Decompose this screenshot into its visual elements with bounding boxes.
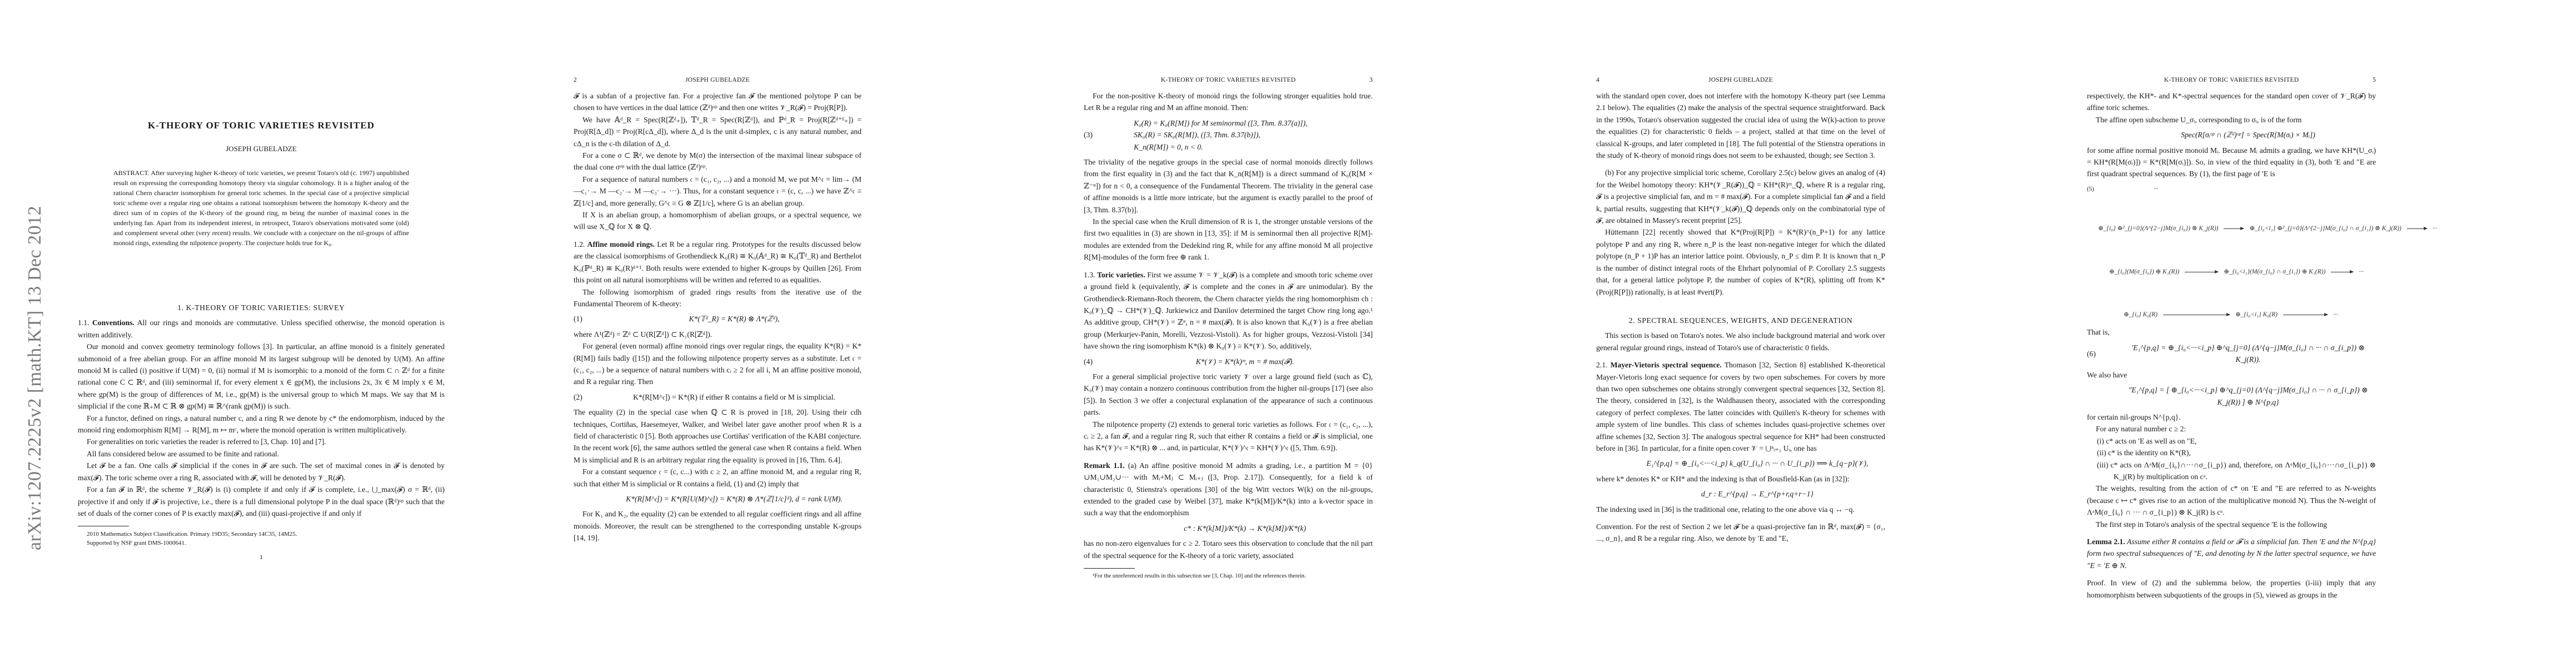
equation-expression: ′E₁^{p,q} = ⊕_{i₀<···<i_p} ⊕^q_{j=0} (Λ^…: [2120, 342, 2376, 366]
equation-expression: K*(𝒱) = K*(k)ᵐ, m = # max(𝓕).: [1117, 356, 1373, 367]
paper-page-2: 2 JOSEPH GUBELADZE 𝓕 is a subfan of a pr…: [574, 0, 861, 667]
arxiv-identifier-stamp: arXiv:1207.2225v2 [math.KT] 13 Dec 2012: [3, 50, 26, 550]
diagram-node: ⊕_{i₀} ⊕²_{j=0}(Λ^{2−j}M(σ_{i₀}) ⊗ K_j(R…: [2098, 223, 2218, 235]
arrow-right-icon: [2224, 228, 2244, 229]
equation-line: K_n(R[M]) = 0, n < 0.: [1134, 141, 1373, 153]
footnote-msc: 2010 Mathematics Subject Classification.…: [78, 530, 445, 539]
page-2-body: 𝓕 is a subfan of a projective fan. For a…: [574, 90, 861, 544]
paragraph: For the non-positive K-theory of monoid …: [1084, 90, 1373, 114]
paragraph: That is,: [2087, 326, 2376, 338]
arrow-right-icon: [2331, 272, 2353, 272]
lemma: Lemma 2.1. Assume either R contains a fi…: [2087, 536, 2376, 571]
paragraph: has no non-zero eigenvalues for c ≥ 2. T…: [1084, 537, 1373, 561]
subsection-number: 1.2.: [574, 240, 587, 248]
paper-page-1: K-THEORY OF TORIC VARIETIES REVISITED JO…: [78, 0, 445, 667]
equation-expression: E₁^{p,q} = ⊕_{i₀<···<i_p} k_q(U_{i₀} ∩ ·…: [1630, 457, 1885, 469]
running-author: JOSEPH GUBELADZE: [1596, 77, 1885, 83]
list-item: (ii) c* is the identity on K*(R),: [2087, 447, 2376, 459]
paragraph: For a constant sequence 𝔠 = (c, c...) wi…: [574, 466, 861, 490]
equation-number: (1): [574, 313, 607, 325]
diagram-node: ⊕_{i₀} K₀(R): [2124, 309, 2158, 321]
diagram-row-0: ⊕_{i₀} K₀(R) ⊕_{i₀<i₁} K₀(R) ···: [2098, 309, 2376, 321]
paragraph: The triviality of the negative groups in…: [1084, 156, 1373, 216]
paragraph: All fans considered below are assumed to…: [78, 448, 445, 460]
page-4-body: with the standard open cover, does not i…: [1596, 90, 1885, 545]
paragraph: where Λ¹(ℤᵈ) = ℤᵈ ⊂ U(R[ℤᵈ]) ⊂ K₁(R[ℤᵈ])…: [574, 328, 861, 340]
paragraph: This section is based on Totaro's notes.…: [1596, 330, 1885, 354]
paragraph: 𝓕 is a subfan of a projective fan. For a…: [574, 90, 861, 114]
paragraph-text: Thomason [32, Section 8] established K-t…: [1596, 361, 1885, 452]
paper-author: JOSEPH GUBELADZE: [78, 145, 445, 153]
list-item: (i) c* acts on ′E as well as on ″E,: [2087, 435, 2376, 447]
paragraph: 1.2. Affine monoid rings. Let R be a reg…: [574, 238, 861, 286]
page-number: 1: [78, 552, 445, 564]
subsection-number: 1.3.: [1084, 271, 1097, 279]
diagram-ellipsis: ···: [2333, 309, 2338, 321]
diagram-node: ⊕_{i₀<i₁} ⊕²_{j=0}(Λ^{2−j}M(σ_{i₀} ∩ σ_{…: [2249, 223, 2401, 235]
paragraph: For generalities on toric varieties the …: [78, 436, 445, 447]
diagram-node: ⊕_{i₀}(M(σ_{i₀}) ⊕ K₁(R)): [2109, 266, 2179, 278]
paragraph: (b) For any projective simplicial toric …: [1596, 167, 1885, 226]
lemma-label: Lemma 2.1.: [2087, 537, 2125, 546]
running-author: JOSEPH GUBELADZE: [574, 77, 861, 83]
paragraph: We also have: [2087, 369, 2376, 381]
paragraph: 1.1. Conventions. All our rings and mono…: [78, 317, 445, 341]
paragraph: for some affine normal positive monoid M…: [2087, 145, 2376, 180]
spectral-sequence-diagram: ⊕_{i₀} ⊕²_{j=0}(Λ^{2−j}M(σ_{i₀}) ⊗ K_j(R…: [2098, 223, 2376, 321]
equation-3: (3) K₀(R) = K₀(R[M]) for M seminormal ([…: [1084, 117, 1373, 153]
equation-expression: K*(R[M^𝔠]) = K*(R[U(M)^𝔠]) = K*(R) ⊗ Λ*(…: [607, 493, 861, 505]
subsection-title: Affine monoid rings.: [587, 240, 655, 248]
list-item: (iii) c* acts on ΛᵃM(σ_{i₀}∩···∩σ_{i_p})…: [2087, 459, 2376, 483]
remark-label: Remark 1.1.: [1084, 461, 1125, 470]
paragraph: The indexing used in [36] is the traditi…: [1596, 504, 1885, 515]
footnote: ¹For the unreferenced results in this su…: [1084, 572, 1373, 580]
equation-number: (2): [574, 391, 607, 403]
lemma-statement: Assume either R contains a field or 𝓕 is…: [2087, 537, 2376, 570]
equation-number: (5): [2087, 183, 2120, 195]
footnote-rule: [78, 526, 129, 526]
paragraph: In the special case when the Krull dimen…: [1084, 216, 1373, 263]
subsection-title: Toric varieties.: [1097, 271, 1145, 279]
paper-page-4: 4 JOSEPH GUBELADZE with the standard ope…: [1596, 0, 1885, 667]
paragraph: For a functor, defined on rings, a natur…: [78, 412, 445, 436]
equation-number: (6): [2087, 348, 2120, 360]
diagram-ellipsis: ···: [2433, 223, 2438, 235]
paragraph: We have 𝔸ᵈ_R = Spec(R[ℤᵈ₊]), 𝕋ᵈ_R = Spec…: [574, 114, 861, 150]
equation-expression: d_r : E_r^{p,q} → E_r^{p+r,q+r−1}: [1630, 488, 1885, 500]
paragraph: The equality (2) in the special case whe…: [574, 406, 861, 466]
page-1-body: 1. K-THEORY OF TORIC VARIETIES: SURVEY 1…: [78, 297, 445, 564]
page-number: 5: [2373, 77, 2376, 83]
diagram-node: ⊕_{i₀<i₁} K₀(R): [2235, 309, 2278, 321]
paper-page-5: K-THEORY OF TORIC VARIETIES REVISITED 5 …: [2087, 0, 2376, 667]
subsection-number: 2.1.: [1596, 361, 1611, 369]
paragraph: The following isomorphism of graded ring…: [574, 286, 861, 310]
running-title: K-THEORY OF TORIC VARIETIES REVISITED: [2087, 77, 2376, 83]
arrow-right-icon: [2185, 272, 2218, 272]
section-heading-1: 1. K-THEORY OF TORIC VARIETIES: SURVEY: [78, 302, 445, 313]
paragraph: respectively, the KH*- and K*-spectral s…: [2087, 90, 2376, 114]
paragraph: Our monoid and convex geometry terminolo…: [78, 341, 445, 412]
paragraph: For K₁ and K₂, the equality (2) can be e…: [574, 508, 861, 544]
equation-expression: ″E₁^{p,q} = [ ⊕_{i₀<···<i_p} ⊕^q_{j=0} (…: [2120, 384, 2376, 408]
paragraph-text: First we assume 𝒱 = 𝒱_k(𝓕) is a complete…: [1084, 271, 1373, 350]
remark: Remark 1.1. (a) An affine positive monoi…: [1084, 460, 1373, 519]
paragraph: for certain nil-groups N^{p,q}.: [2087, 411, 2376, 423]
equation-expression: Spec(R[σᵢᵒᵖ ∩ (ℤᵈ)ᵒᵖ] = Spec(R[M(σᵢ) × M…: [2120, 129, 2376, 141]
equation-line: SK₀(R) = SK₀(R[M]), ([3, Thm. 8.37(b)]),: [1134, 129, 1373, 141]
paragraph: For general (even normal) affine monoid …: [574, 340, 861, 388]
subsection-title: Conventions.: [92, 318, 134, 327]
footnote-grant: Supported by NSF grant DMS-1000641.: [78, 539, 445, 547]
equation-expression: K*(R[M^𝔠]) = K*(R) if either R contains …: [607, 391, 861, 403]
section-heading-2: 2. SPECTRAL SEQUENCES, WEIGHTS, AND DEGE…: [1596, 315, 1885, 326]
equation-block: K₀(R) = K₀(R[M]) for M seminormal ([3, T…: [1117, 117, 1373, 153]
equation-double-prime: ″E₁^{p,q} = [ ⊕_{i₀<···<i_p} ⊕^q_{j=0} (…: [2087, 384, 2376, 408]
paragraph: For any natural number c ≥ 2:: [2087, 423, 2376, 435]
running-header: 4 JOSEPH GUBELADZE: [1596, 77, 1885, 84]
paragraph: 2.1. Mayer-Vietoris spectral sequence. T…: [1596, 359, 1885, 454]
equation-affine-open: Spec(R[σᵢᵒᵖ ∩ (ℤᵈ)ᵒᵖ] = Spec(R[M(σᵢ) × M…: [2087, 129, 2376, 141]
diagram-ellipsis: ···: [2359, 266, 2364, 278]
footnote-rule: [1084, 568, 1135, 569]
paper-title: K-THEORY OF TORIC VARIETIES REVISITED: [78, 120, 445, 131]
subsection-number: 1.1.: [78, 318, 92, 327]
paragraph: where k* denotes K* or KH* and the index…: [1596, 473, 1885, 485]
running-title: K-THEORY OF TORIC VARIETIES REVISITED: [1084, 77, 1373, 83]
convention-paragraph: Convention. For the rest of Section 2 we…: [1596, 521, 1885, 545]
paragraph: The weights, resulting from the action o…: [2087, 482, 2376, 518]
equation-number: (3): [1084, 129, 1117, 141]
proof-paragraph: Proof. In view of (2) and the sublemma b…: [2087, 577, 2376, 601]
page-number: 3: [1369, 77, 1373, 83]
equation-spectral-sequence: E₁^{p,q} = ⊕_{i₀<···<i_p} k_q(U_{i₀} ∩ ·…: [1596, 457, 1885, 469]
running-header: K-THEORY OF TORIC VARIETIES REVISITED 3: [1084, 77, 1373, 84]
paragraph: The first step in Totaro's analysis of t…: [2087, 519, 2376, 530]
equation-4: (4)K*(𝒱) = K*(k)ᵐ, m = # max(𝓕).: [1084, 356, 1373, 367]
page-3-body: For the non-positive K-theory of monoid …: [1084, 90, 1373, 580]
equation-5: (5)···: [2087, 183, 2376, 195]
paragraph: For a general simplicial projective tori…: [1084, 371, 1373, 419]
arrow-right-icon: [2283, 315, 2328, 315]
arrow-right-icon: [2163, 315, 2230, 315]
paper-page-3: K-THEORY OF TORIC VARIETIES REVISITED 3 …: [1084, 0, 1373, 667]
paragraph: The nilpotence property (2) extends to g…: [1084, 419, 1373, 454]
equation-differential: d_r : E_r^{p,q} → E_r^{p+r,q+r−1}: [1596, 488, 1885, 500]
diagram-row-2: ⊕_{i₀} ⊕²_{j=0}(Λ^{2−j}M(σ_{i₀}) ⊗ K_j(R…: [2098, 223, 2376, 235]
page-5-body: respectively, the KH*- and K*-spectral s…: [2087, 90, 2376, 601]
paragraph: Let 𝓕 be a fan. One calls 𝓕 simplicial i…: [78, 460, 445, 484]
subsection-title: Mayer-Vietoris spectral sequence.: [1611, 361, 1722, 369]
equation-1: (1)K*(𝕋ᵈ_R) = K*(R) ⊗ Λ*(ℤᵈ),: [574, 313, 861, 325]
equation-6: (6)′E₁^{p,q} = ⊕_{i₀<···<i_p} ⊕^q_{j=0} …: [2087, 342, 2376, 366]
paragraph: with the standard open cover, does not i…: [1596, 90, 1885, 161]
running-header: 2 JOSEPH GUBELADZE: [574, 77, 861, 84]
equation-expression: K*(𝕋ᵈ_R) = K*(R) ⊗ Λ*(ℤᵈ),: [607, 313, 861, 325]
equation-number: (4): [1084, 356, 1117, 367]
equation-line: K₀(R) = K₀(R[M]) for M seminormal ([3, T…: [1134, 117, 1373, 129]
paragraph: For a sequence of natural numbers 𝔠 = (c…: [574, 173, 861, 209]
abstract: ABSTRACT. After surveying higher K-theor…: [113, 168, 409, 248]
arrow-right-icon: [2407, 228, 2427, 229]
equation-expression: c* : K*(k[M])/K*(k) → K*(k[M])/K*(k): [1117, 522, 1373, 534]
paragraph: The affine open subscheme U_σᵢ, correspo…: [2087, 114, 2376, 126]
equation-unnumbered: c* : K*(k[M])/K*(k) → K*(k[M])/K*(k): [1084, 522, 1373, 534]
equation-expression: ···: [2120, 183, 2376, 195]
paragraph: For a fan 𝓕 in ℝᵈ, the scheme 𝒱_R(𝓕) is …: [78, 484, 445, 519]
diagram-node: ⊕_{i₀<i₁}(M(σ_{i₀} ∩ σ_{i₁}) ⊕ K₁(R)): [2224, 266, 2325, 278]
remark-text: (a) An affine positive monoid M admits a…: [1084, 461, 1373, 517]
diagram-row-1: ⊕_{i₀}(M(σ_{i₀}) ⊕ K₁(R)) ⊕_{i₀<i₁}(M(σ_…: [2098, 266, 2376, 278]
paragraph: If X is an abelian group, a homomorphism…: [574, 209, 861, 233]
arxiv-stamp-text: arXiv:1207.2225v2 [math.KT] 13 Dec 2012: [24, 206, 46, 550]
paragraph: Hüttemann [22] recently showed that K*(P…: [1596, 226, 1885, 297]
running-header: K-THEORY OF TORIC VARIETIES REVISITED 5: [2087, 77, 2376, 84]
paragraph: 1.3. Toric varieties. First we assume 𝒱 …: [1084, 269, 1373, 352]
paragraph: For a cone σ ⊂ ℝᵈ, we denote by M(σ) the…: [574, 150, 861, 173]
equation-2: (2)K*(R[M^𝔠]) = K*(R) if either R contai…: [574, 391, 861, 403]
equation-unnumbered: K*(R[M^𝔠]) = K*(R[U(M)^𝔠]) = K*(R) ⊗ Λ*(…: [574, 493, 861, 505]
